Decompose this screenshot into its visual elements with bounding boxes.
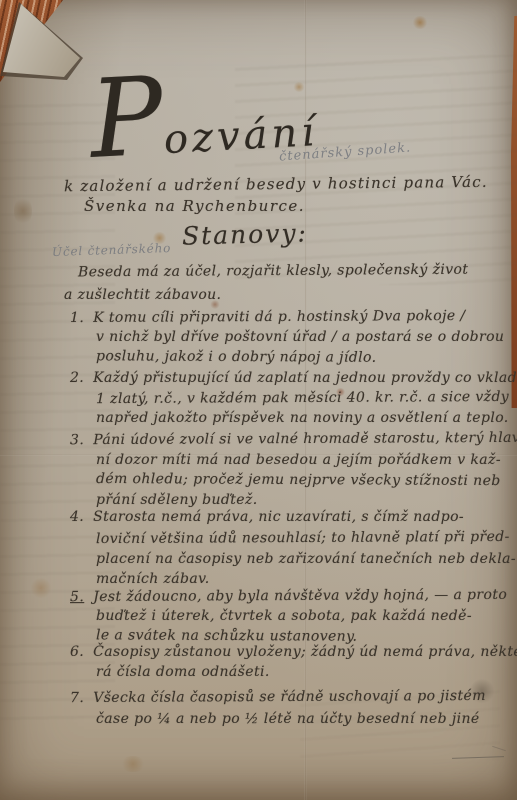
statutes-heading: Stanovy: xyxy=(182,218,309,250)
item-number: 2. xyxy=(70,370,84,386)
item-number: 3. xyxy=(70,432,84,448)
statute-item-5: 5.Jest žádoucno, aby byla návštěva vždy … xyxy=(70,587,507,605)
pencil-annotation-margin: Účel čtenářského xyxy=(52,241,172,259)
statute-item-3-line: dém ohledu; pročež jemu nejprve všecky s… xyxy=(96,471,501,489)
pencil-dash xyxy=(452,756,504,759)
statute-item-5-line: le a svátek na schůzku ustanoveny. xyxy=(96,627,358,644)
stain xyxy=(14,196,32,226)
item-number: 1. xyxy=(70,310,84,326)
statute-item-4: 4.Starosta nemá práva, nic uzavírati, s … xyxy=(70,509,464,525)
statute-item-1-line: v nichž byl dříve poštovní úřad / a post… xyxy=(96,329,504,345)
statute-item-3-line: přání sděleny buďtež. xyxy=(96,492,258,508)
statute-item-3-line: ní dozor míti má nad besedou a jejím poř… xyxy=(96,452,501,468)
statute-item-2: 2.Každý přistupující úd zaplatí na jedno… xyxy=(70,370,517,386)
pencil-tick xyxy=(492,746,506,751)
statute-item-4-line: loviční většina údů nesouhlasí; to hlavn… xyxy=(96,529,510,547)
item-number: 7. xyxy=(70,690,84,706)
item-text: Páni údové zvolí si ve valné hromadě sta… xyxy=(93,430,517,448)
item-number: 5. xyxy=(70,589,84,605)
wood-edge-right xyxy=(511,16,517,408)
statute-item-1-line: posluhu, jakož i o dobrý nápoj a jídlo. xyxy=(96,348,377,365)
statute-item-4-line: mačních zábav. xyxy=(96,571,210,587)
item-number: 4. xyxy=(70,509,84,525)
stain xyxy=(412,16,428,29)
item-text: Časopisy zůstanou vyloženy; žádný úd nem… xyxy=(93,644,517,660)
statute-item-6: 6.Časopisy zůstanou vyloženy; žádný úd n… xyxy=(70,644,517,660)
manuscript-page: Pozvání čtenářský spolek. k založení a u… xyxy=(0,0,517,800)
item-text: Všecka čísla časopisů se řádně uschovají… xyxy=(93,688,486,706)
statute-item-5-line: buďtež i úterek, čtvrtek a sobota, pak k… xyxy=(96,608,472,624)
statute-item-7-line: čase po ¼ a neb po ½ létě na účty besedn… xyxy=(96,711,480,727)
statute-item-6-line: rá čísla doma odnášeti. xyxy=(96,664,270,680)
statute-item-2-line: 1 zlatý, r.č., v každém pak měsíci 40. k… xyxy=(96,389,509,407)
statute-item-4-line: placení na časopisy neb zařizování taneč… xyxy=(96,551,516,567)
purpose-line: Beseda má za účel, rozjařit klesly, spol… xyxy=(78,262,468,281)
purpose-line: a zušlechtit zábavou. xyxy=(64,287,221,303)
item-text: Každý přistupující úd zaplatí na jednou … xyxy=(93,370,517,386)
item-number: 6. xyxy=(70,644,84,660)
statute-item-7: 7.Všecka čísla časopisů se řádně uschova… xyxy=(70,688,486,706)
item-text: K tomu cíli připraviti dá p. hostinský D… xyxy=(93,308,465,326)
statute-item-2-line: napřed jakožto příspěvek na noviny a osv… xyxy=(96,410,509,426)
item-text: Jest žádoucno, aby byla návštěva vždy ho… xyxy=(93,587,507,605)
item-text: Starosta nemá práva, nic uzavírati, s čí… xyxy=(93,509,464,525)
statute-item-3: 3.Páni údové zvolí si ve valné hromadě s… xyxy=(70,430,517,448)
intro-line: Švenka na Rychenburce. xyxy=(84,197,305,215)
intro-line: k založení a udržení besedy v hostinci p… xyxy=(64,173,488,195)
statute-item-1: 1.K tomu cíli připraviti dá p. hostinský… xyxy=(70,308,466,326)
stain xyxy=(30,578,52,598)
stain xyxy=(120,756,146,772)
